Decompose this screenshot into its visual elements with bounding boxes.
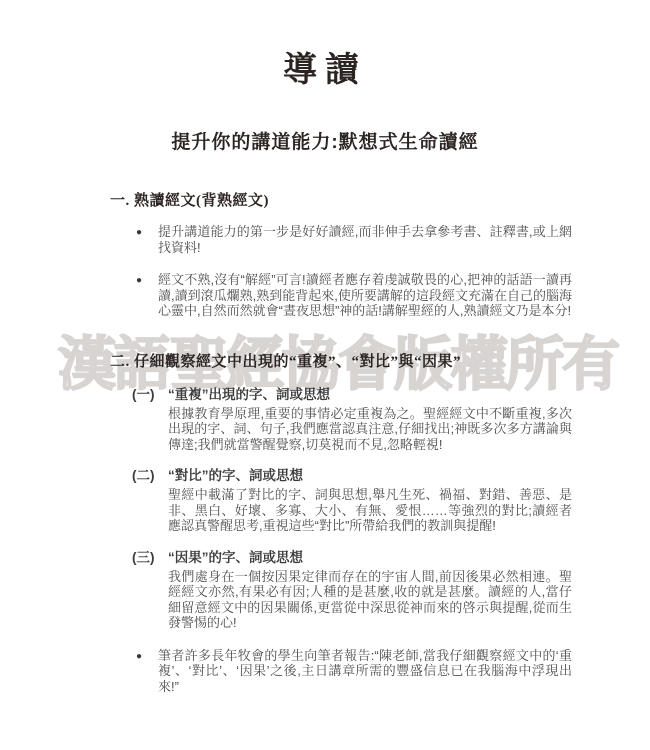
subsection-cause-effect: (三)“因果”的字、詞或思想 我們處身在一個按因果定律而存在的宇宙人間,前因後果… — [110, 549, 572, 631]
page-title: 導讀 — [0, 0, 650, 90]
subsection-body: 聖經中載滿了對比的字、詞與思想,舉凡生死、禍福、對錯、善惡、是非、黑白、好壞、多… — [168, 487, 572, 534]
subsection-contrast: (二)“對比”的字、詞或思想 聖經中載滿了對比的字、詞與思想,舉凡生死、禍福、對… — [110, 467, 572, 534]
page-subtitle: 提升你的講道能力:默想式生命讀經 — [0, 127, 650, 154]
subsection-label: (一) — [132, 386, 168, 403]
subsection-repetition: (一)“重複”出現的字、詞或思想 根據教育學原理,重要的事情必定重複為之。聖經經… — [110, 386, 572, 453]
section-2-heading: 二. 仔細觀察經文中出現的“重複”、“對比”與“因果” — [110, 350, 572, 371]
subsection-title: “對比”的字、詞或思想 — [168, 468, 303, 483]
bullet-icon: ● — [136, 224, 158, 255]
body-area: 一. 熟讀經文(背熟經文) ● 提升講道能力的第一步是好好讀經,而非伸手去拿參考… — [110, 189, 572, 694]
bullet-icon: ● — [136, 272, 158, 319]
subsection-heading: (三)“因果”的字、詞或思想 — [110, 549, 572, 566]
subsection-title: “重複”出現的字、詞或思想 — [168, 387, 330, 402]
subsection-title: “因果”的字、詞或思想 — [168, 550, 303, 565]
bullet-text: 筆者許多長年牧會的學生向筆者報告:“陳老師,當我仔細觀察經文中的‘重複’、‘對比… — [158, 648, 572, 695]
subsection-body: 根據教育學原理,重要的事情必定重複為之。聖經經文中不斷重複,多次出現的字、詞、句… — [168, 406, 572, 453]
document-page: 漢語聖經協會版權所有 導讀 提升你的講道能力:默想式生命讀經 一. 熟讀經文(背… — [0, 0, 650, 750]
subsection-heading: (二)“對比”的字、詞或思想 — [110, 467, 572, 484]
document-content: 導讀 提升你的講道能力:默想式生命讀經 一. 熟讀經文(背熟經文) ● 提升講道… — [0, 0, 650, 694]
bullet-icon: ● — [136, 648, 158, 695]
subsection-label: (三) — [132, 549, 168, 566]
subsection-label: (二) — [132, 467, 168, 484]
subsection-body: 我們處身在一個按因果定律而存在的宇宙人間,前因後果必然相連。聖經經文亦然,有果必… — [168, 569, 572, 631]
list-item: ● 提升講道能力的第一步是好好讀經,而非伸手去拿參考書、註釋書,或上網找資料! — [136, 224, 572, 255]
bullet-text: 提升講道能力的第一步是好好讀經,而非伸手去拿參考書、註釋書,或上網找資料! — [158, 224, 572, 255]
subsection-heading: (一)“重複”出現的字、詞或思想 — [110, 386, 572, 403]
list-item: ● 筆者許多長年牧會的學生向筆者報告:“陳老師,當我仔細觀察經文中的‘重複’、‘… — [136, 648, 572, 695]
bullet-text: 經文不熟,沒有“解經”可言!讀經者應存着虔誠敬畏的心,把神的話語一讀再讀,讀到滾… — [158, 272, 572, 319]
section-1-heading: 一. 熟讀經文(背熟經文) — [110, 189, 572, 210]
list-item: ● 經文不熟,沒有“解經”可言!讀經者應存着虔誠敬畏的心,把神的話語一讀再讀,讀… — [136, 272, 572, 319]
